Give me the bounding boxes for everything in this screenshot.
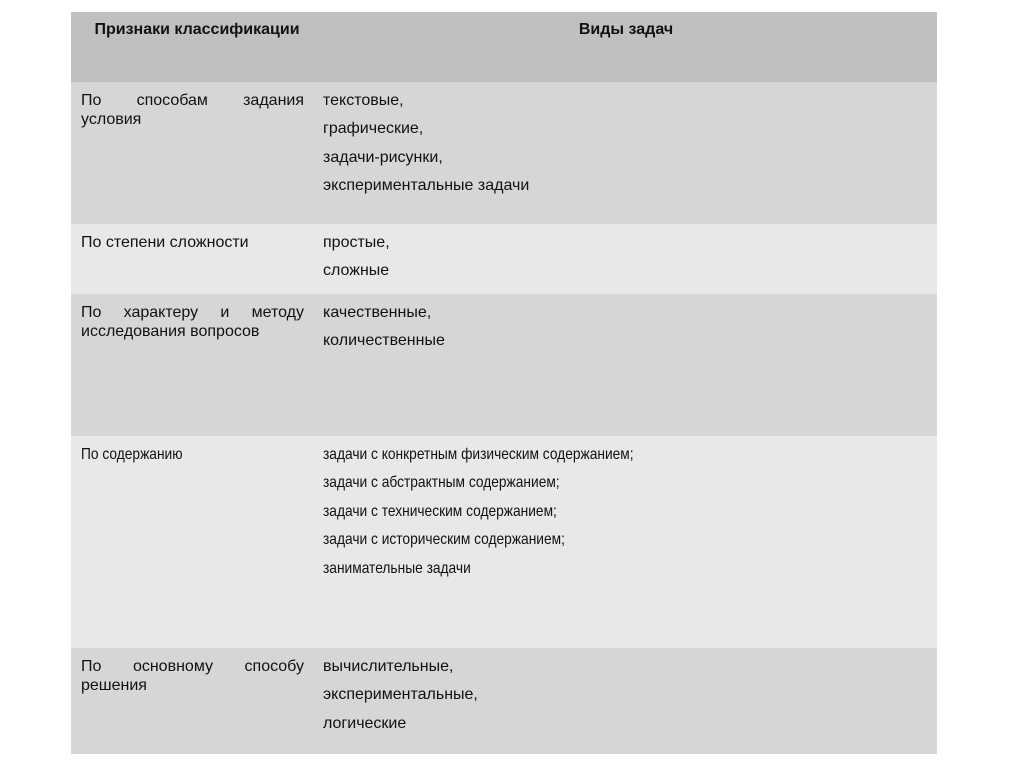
type-item: сложные [323,257,390,286]
table-row: По содержанию задачи с конкретным физиче… [71,436,937,648]
type-item: занимательные задачи [323,555,727,584]
types-cell: качественные, количественные [323,303,445,356]
table-row: По степени сложности простые, сложные [71,224,937,294]
type-item: экспериментальные, [323,681,478,710]
header-types: Виды задач [451,20,801,39]
types-cell: текстовые, графические, задачи-рисунки, … [323,91,529,201]
types-cell: простые, сложные [323,233,390,286]
type-item: количественные [323,327,445,356]
table-row: По характеру и методу исследования вопро… [71,294,937,436]
criterion-cell: По основному способу решения [81,657,304,695]
criterion-cell: По содержанию [81,445,273,464]
types-cell: вычислительные, экспериментальные, логич… [323,657,478,738]
type-item: экспериментальные задачи [323,172,529,201]
type-item: текстовые, [323,91,529,115]
table-row: По основному способу решения вычислитель… [71,648,937,754]
type-item: логические [323,710,478,739]
type-item: задачи с техническим содержанием; [323,498,727,527]
type-item: вычислительные, [323,657,478,681]
type-item: простые, [323,233,390,257]
type-item: задачи-рисунки, [323,144,529,173]
criterion-cell: По способам задания условия [81,91,304,129]
type-item: графические, [323,115,529,144]
type-item: качественные, [323,303,445,327]
table-header-row: Признаки классификации Виды задач [71,12,937,82]
criterion-cell: По характеру и методу исследования вопро… [81,303,304,341]
type-item: задачи с абстрактным содержанием; [323,469,727,498]
criterion-cell: По степени сложности [81,233,304,252]
type-item: задачи с историческим содержанием; [323,526,727,555]
table-row: По способам задания условия текстовые, г… [71,82,937,224]
type-item: задачи с конкретным физическим содержани… [323,445,727,469]
classification-table: Признаки классификации Виды задач По спо… [71,12,937,754]
header-criteria: Признаки классификации [81,20,313,39]
types-cell: задачи с конкретным физическим содержани… [323,445,727,583]
